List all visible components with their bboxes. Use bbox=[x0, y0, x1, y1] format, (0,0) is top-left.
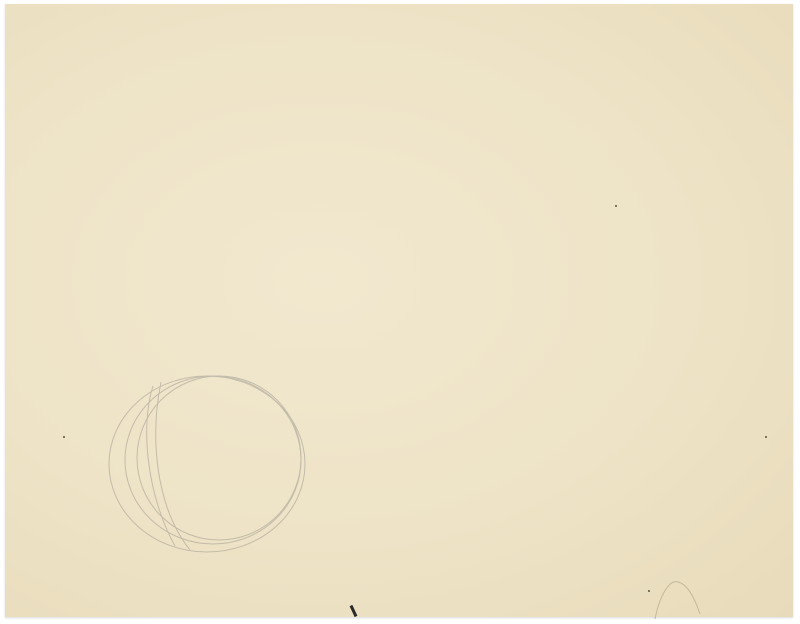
pencil-circle-sketch bbox=[95, 366, 310, 561]
paper-crease bbox=[650, 574, 710, 619]
paper-sheet bbox=[5, 4, 793, 617]
speck bbox=[765, 436, 767, 438]
speck bbox=[615, 205, 617, 207]
speck bbox=[63, 436, 65, 438]
